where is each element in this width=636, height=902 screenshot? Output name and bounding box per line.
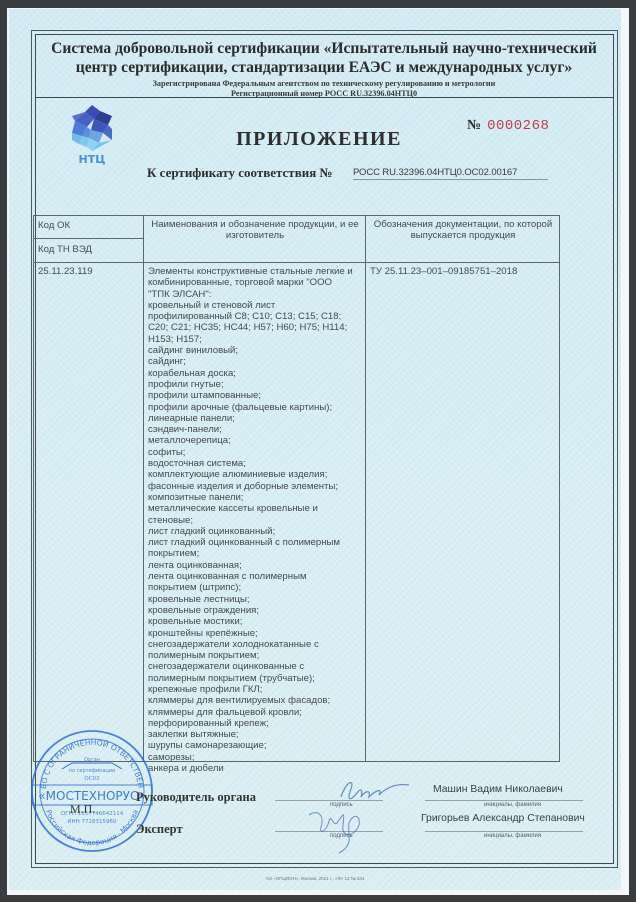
product-line: водосточная система; [148,458,364,469]
hexagon-crystal-icon: НТЦ [67,103,117,165]
head-of-body-label: Руководитель органа [136,790,256,805]
product-line: стеновые; [148,515,364,526]
number-value: 0000268 [487,118,549,134]
product-line: софиты; [148,447,364,458]
product-line: сайдинг; [148,356,364,367]
registered-by: Зарегистрирована Федеральным агентством … [35,79,613,89]
document-title: ПРИЛОЖЕНИЕ [189,128,449,151]
product-line: Элементы конструктивные стальные легкие … [148,266,364,277]
products-table: Код ОК Код ТН ВЭД Наименования и обознач… [33,215,560,762]
product-line: лист гладкий оцинкованный с полимерным [148,537,364,548]
header-documentation: Обозначения документации, по которой вып… [370,219,556,242]
product-line: профили гнутые; [148,379,364,390]
product-line: лента оцинкованная; [148,560,364,571]
certificate-page: Система добровольной сертификации «Испыт… [9,9,621,890]
row-divider [34,238,143,239]
product-line: кровельные ограждения; [148,605,364,616]
product-line: композитные панели; [148,492,364,503]
product-line: крепежные профили ГКЛ; [148,684,364,695]
product-line: перфорированный крепеж; [148,718,364,729]
product-line: профилированный С8; С10; С13; С15; С18; [148,311,364,322]
expert-name-line [425,831,583,832]
header-okpd-code: Код ОК [38,220,70,231]
product-line: снегозадержатели холоднокатанные с [148,639,364,650]
title-line-2: центр сертификации, стандартизации ЕАЭС … [35,59,613,78]
ntc-logo: НТЦ [67,103,117,165]
certification-system-title: Система добровольной сертификации «Испыт… [35,40,613,77]
column-divider [365,216,366,761]
title-line-1: Система добровольной сертификации «Испыт… [35,40,613,59]
expert-label: Эксперт [136,822,183,837]
product-line: полимерным покрытием; [148,650,364,661]
head-name-caption: инициалы, фамилия [484,802,541,808]
product-line: кровельные мостики; [148,616,364,627]
product-line: металлочерепица; [148,435,364,446]
column-divider [143,216,144,761]
product-line: лист гладкий оцинкованный; [148,526,364,537]
product-line: покрытием (штрипс); [148,582,364,593]
svg-text:ИНН 7728315960: ИНН 7728315960 [67,819,117,825]
header-tnved-code: Код ТН ВЭД [38,244,92,255]
certificate-underline [353,179,548,180]
product-list: Элементы конструктивные стальные легкие … [148,266,364,774]
product-line: снегозадержатели оцинкованные с [148,661,364,672]
certificate-number: РОСС RU.32396.04НТЦ0.ОС02.00167 [353,167,517,178]
product-line: шурупы самонарезающие; [148,740,364,751]
product-line: кронштейны крепёжные; [148,628,364,639]
document-sheet: Система добровольной сертификации «Испыт… [7,8,629,895]
row-documentation: ТУ 25.11.23–001–09185751–2018 [370,266,517,277]
product-line: кровельный и стеновой лист [148,300,364,311]
expert-name: Григорьев Александр Степанович [421,813,585,824]
product-line: саморезы; [148,752,364,763]
product-line: фасонные изделия и доборные элементы; [148,481,364,492]
header-product-name: Наименования и обозначение продукции, и … [148,219,362,242]
product-line: заклепки вытяжные; [148,729,364,740]
svg-text:НТЦ: НТЦ [79,153,106,165]
product-line: комбинированные, торговой марки "ООО [148,277,364,288]
product-line: профили штампованные; [148,390,364,401]
document-number: №0000268 [467,118,549,134]
number-sign: № [467,118,481,133]
product-line: сэндвич-панели; [148,424,364,435]
product-line: полимерным покрытием (трубчатые); [148,673,364,684]
seal-place-label: М.П. [70,802,95,817]
product-line: комплектующие алюминиевые изделия; [148,469,364,480]
head-name-line [425,800,583,801]
product-line: металлические кассеты кровельные и [148,503,364,514]
svg-text:Орган: Орган [84,757,100,763]
product-line: корабельная доска; [148,368,364,379]
row-code: 25.11.23.119 [38,266,93,277]
head-name: Машин Вадим Николаевич [433,784,563,795]
product-line: профили арочные (фальцевые картины); [148,402,364,413]
product-line: "ТПК ЭЛСАН": [148,289,364,300]
product-line: С20; С21; НС35; НС44; Н57; Н60; Н75; Н11… [148,322,364,333]
registration-number: Регистрационный номер РОСС RU.32396.04НТ… [35,89,613,99]
product-line: кляммеры для фальцевой кровли; [148,707,364,718]
product-line: лента оцинкованная с полимерным [148,571,364,582]
product-line: линеарные панели; [148,413,364,424]
print-info: АО «ОПЦИОН», Москва, 2021 г., «Ф» 13 № 3… [9,876,621,881]
svg-text:по сертификации: по сертификации [69,768,116,774]
expert-name-caption: инициалы, фамилия [484,833,541,839]
registration-info: Зарегистрирована Федеральным агентством … [35,79,613,99]
signature-scribble-icon [299,769,419,859]
product-line: кровельные лестницы; [148,594,364,605]
svg-text:«МОСТЕХНОРУС»: «МОСТЕХНОРУС» [38,789,145,803]
product-line: кляммеры для вентилируемых фасадов; [148,695,364,706]
certificate-label: К сертификату соответствия № [147,165,333,181]
product-line: сайдинг виниловый; [148,345,364,356]
header-row-divider [34,262,559,263]
svg-text:ОС02: ОС02 [84,776,99,782]
product-line: покрытием; [148,548,364,559]
product-line: Н153; Н157; [148,334,364,345]
